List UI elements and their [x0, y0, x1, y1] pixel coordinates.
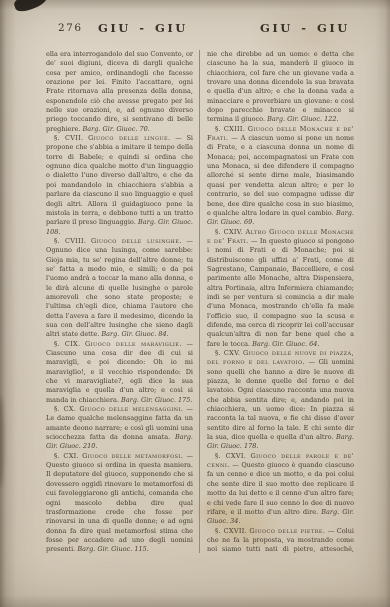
source-citation: Barg. Gir. Giuoc. 122. [267, 115, 338, 123]
entry-title: Giuoco delle maraviglie. [85, 340, 182, 348]
entry-paragraph: §. CVII. Giuoco delle lingue. — Si propo… [46, 134, 193, 237]
section-number: §. CIX. [54, 340, 80, 348]
section-number: §. CXV. [215, 349, 240, 357]
entry-body: ella era interrogandolo del suo Convento… [46, 50, 193, 133]
entry-body: — Ciascuno una cosa dir dee di cui si ma… [46, 340, 193, 404]
entry-paragraph: §. CXIII. Giuoco delle Monache e de' Fra… [207, 125, 354, 228]
source-citation: Barg. Gir. Giuoc. 175. [121, 396, 192, 404]
section-number: §. CVII. [54, 134, 83, 142]
text-column-right: nie che direbbe ad un uomo: e detta che … [199, 50, 354, 553]
entry-body: — Questo giuoco si ordina in questa mani… [46, 452, 193, 553]
entry-paragraph: §. CXIV. Altro Giuoco delle Monache e de… [207, 228, 354, 349]
entry-paragraph: §. CIX. Giuoco delle maraviglie. — Ciasc… [46, 340, 193, 405]
section-number: §. CX. [54, 405, 76, 413]
running-head-left: GIU - GIU [98, 21, 188, 35]
source-citation: Barg. Gir. Giuoc. 70. [83, 125, 150, 133]
section-number: §. CXIII. [215, 125, 245, 133]
entry-body: — Gli uomini sono quelli che hanno a dir… [207, 358, 354, 441]
entry-title: Giuoco delle pietre. [249, 527, 325, 535]
entry-paragraph: §. CXVII. Giuoco delle pietre. — Colui c… [207, 527, 354, 553]
text-area: ella era interrogandolo del suo Convento… [46, 50, 354, 553]
entry-paragraph: nie che direbbe ad un uomo: e detta che … [207, 50, 354, 125]
text-column-left: ella era interrogandolo del suo Convento… [46, 50, 199, 553]
section-number: §. CVIII. [54, 237, 86, 245]
running-head-right: GIU - GIU [260, 21, 350, 35]
page-number: 276 [58, 22, 83, 34]
entry-paragraph: §. CXI. Giuoco delle metamorfosi. — Ques… [46, 452, 193, 553]
source-citation: Barg. Gir. Giuoc. 64. [252, 340, 319, 348]
entry-body: — In questo giuoco si pongono i nomi di … [207, 237, 354, 348]
section-number: §. CXIV. [215, 228, 243, 236]
entry-body: — Ognuno dice una lusinga, come sarebbe:… [46, 237, 193, 338]
entry-title: Giuoco delle melensaggini. [79, 405, 183, 413]
source-citation: Barg. Gir. Giuoc. 115. [77, 545, 148, 553]
entry-paragraph: ella era interrogandolo del suo Convento… [46, 50, 193, 134]
section-number: §. CXI. [54, 452, 79, 460]
section-number: §. CXVII. [215, 527, 247, 535]
ink-smudge [13, 0, 50, 14]
entry-paragraph: §. CVIII. Giuoco delle lusinghe. — Ognun… [46, 237, 193, 340]
book-page-scan: 276 GIU - GIU GIU - GIU ella era interro… [0, 0, 390, 607]
entry-title: Giuoco delle lusinghe. [91, 237, 182, 245]
entry-paragraph: §. CXVI. Giuoco delle parole e de' cenni… [207, 452, 354, 527]
entry-paragraph: §. CXV. Giuoco delle nuove di piazza, de… [207, 349, 354, 452]
source-citation: Barg. Gir. Giuoc. 84. [101, 330, 168, 338]
entry-body: — Si propone che s'abbia a imitare il te… [46, 134, 193, 226]
entry-title: Giuoco delle metamorfosi. [82, 452, 183, 460]
page-edge-shadow [0, 397, 4, 487]
section-number: §. CXVI. [215, 452, 246, 460]
entry-paragraph: §. CX. Giuoco delle melensaggini. — Le d… [46, 405, 193, 452]
entry-body: nie che direbbe ad un uomo: e detta che … [207, 50, 354, 123]
entry-body: — A ciascun uomo si pone un nome di Frat… [207, 134, 354, 217]
entry-title: Giuoco delle lingue. [88, 134, 170, 142]
